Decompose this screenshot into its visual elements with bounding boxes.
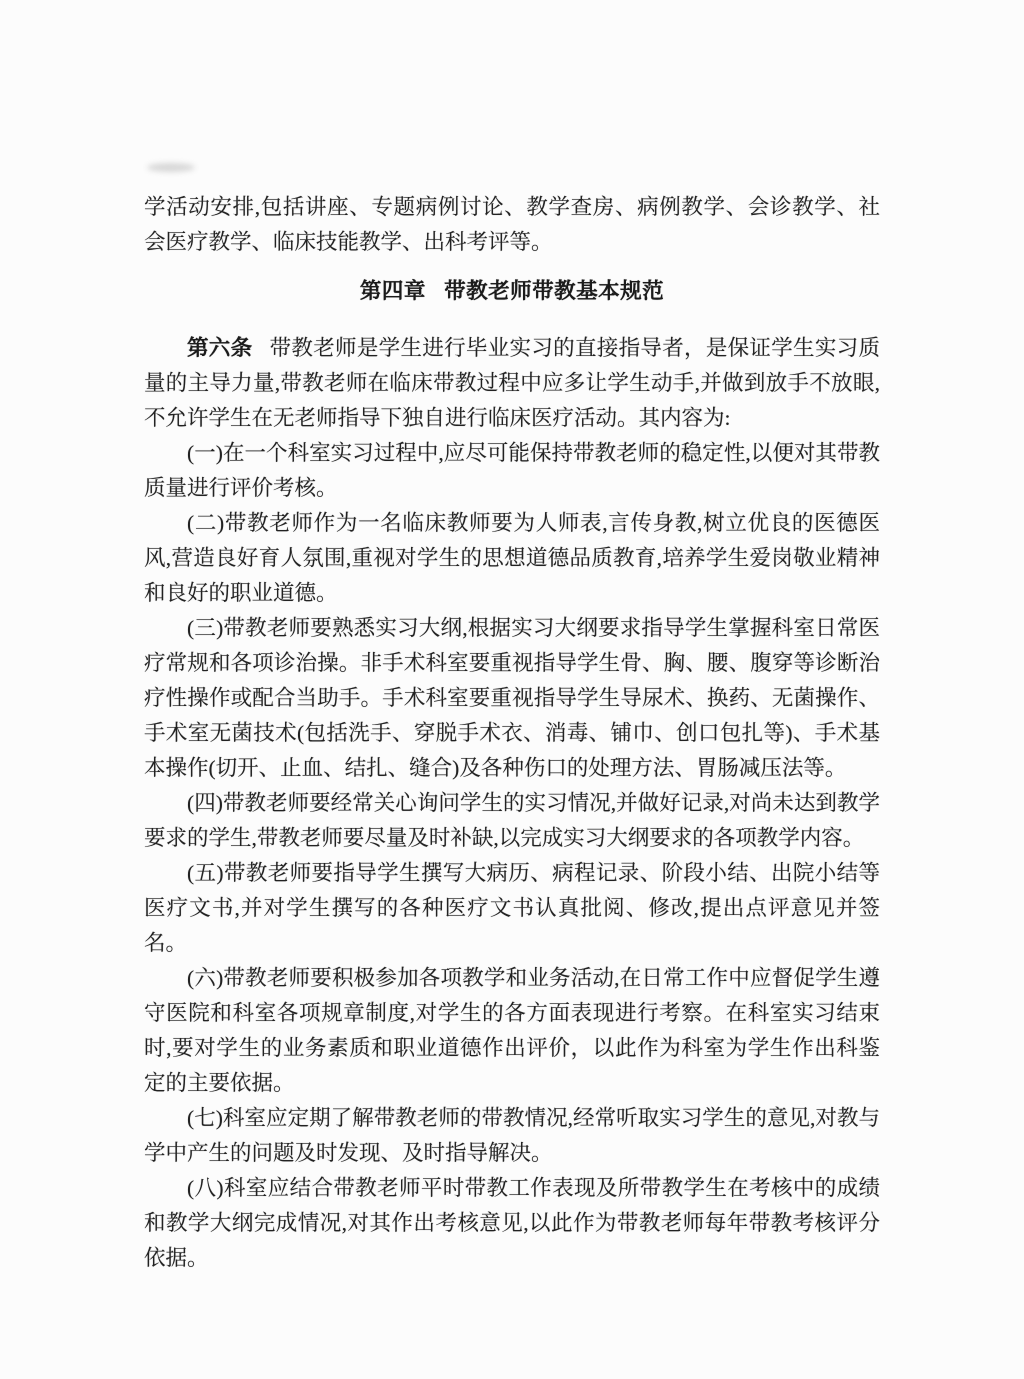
list-item-1: (一)在一个科室实习过程中,应尽可能保持带教老师的稳定性,以便对其带教质量进行评… xyxy=(144,436,880,506)
chapter-title: 带教老师带教基本规范 xyxy=(444,279,664,303)
list-item-5: (五)带教老师要指导学生撰写大病历、病程记录、阶段小结、出院小结等医疗文书,并对… xyxy=(144,856,880,961)
article-paragraph: 第六条带教老师是学生进行毕业实习的直接指导者，是保证学生实习质量的主导力量,带教… xyxy=(144,331,880,436)
continuation-paragraph: 学活动安排,包括讲座、专题病例讨论、教学查房、病例教学、会诊教学、社会医疗教学、… xyxy=(144,190,880,260)
list-item-8: (八)科室应结合带教老师平时带教工作表现及所带教学生在考核中的成绩和教学大纲完成… xyxy=(144,1171,880,1276)
list-item-7: (七)科室应定期了解带教老师的带教情况,经常听取实习学生的意见,对教与学中产生的… xyxy=(144,1101,880,1171)
article-number: 第六条 xyxy=(187,336,252,360)
list-item-4: (四)带教老师要经常关心询问学生的实习情况,并做好记录,对尚未达到教学要求的学生… xyxy=(144,786,880,856)
document-page: 学活动安排,包括讲座、专题病例讨论、教学查房、病例教学、会诊教学、社会医疗教学、… xyxy=(144,0,880,1276)
scan-smudge-artifact xyxy=(147,163,195,172)
list-item-3: (三)带教老师要熟悉实习大纲,根据实习大纲要求指导学生掌握科室日常医疗常规和各项… xyxy=(144,611,880,786)
chapter-heading: 第四章带教老师带教基本规范 xyxy=(144,274,880,309)
list-item-2: (二)带教老师作为一名临床教师要为人师表,言传身教,树立优良的医德医风,营造良好… xyxy=(144,506,880,611)
chapter-number: 第四章 xyxy=(360,279,426,303)
list-item-6: (六)带教老师要积极参加各项教学和业务活动,在日常工作中应督促学生遵守医院和科室… xyxy=(144,961,880,1101)
article-text: 带教老师是学生进行毕业实习的直接指导者，是保证学生实习质量的主导力量,带教老师在… xyxy=(144,336,880,430)
